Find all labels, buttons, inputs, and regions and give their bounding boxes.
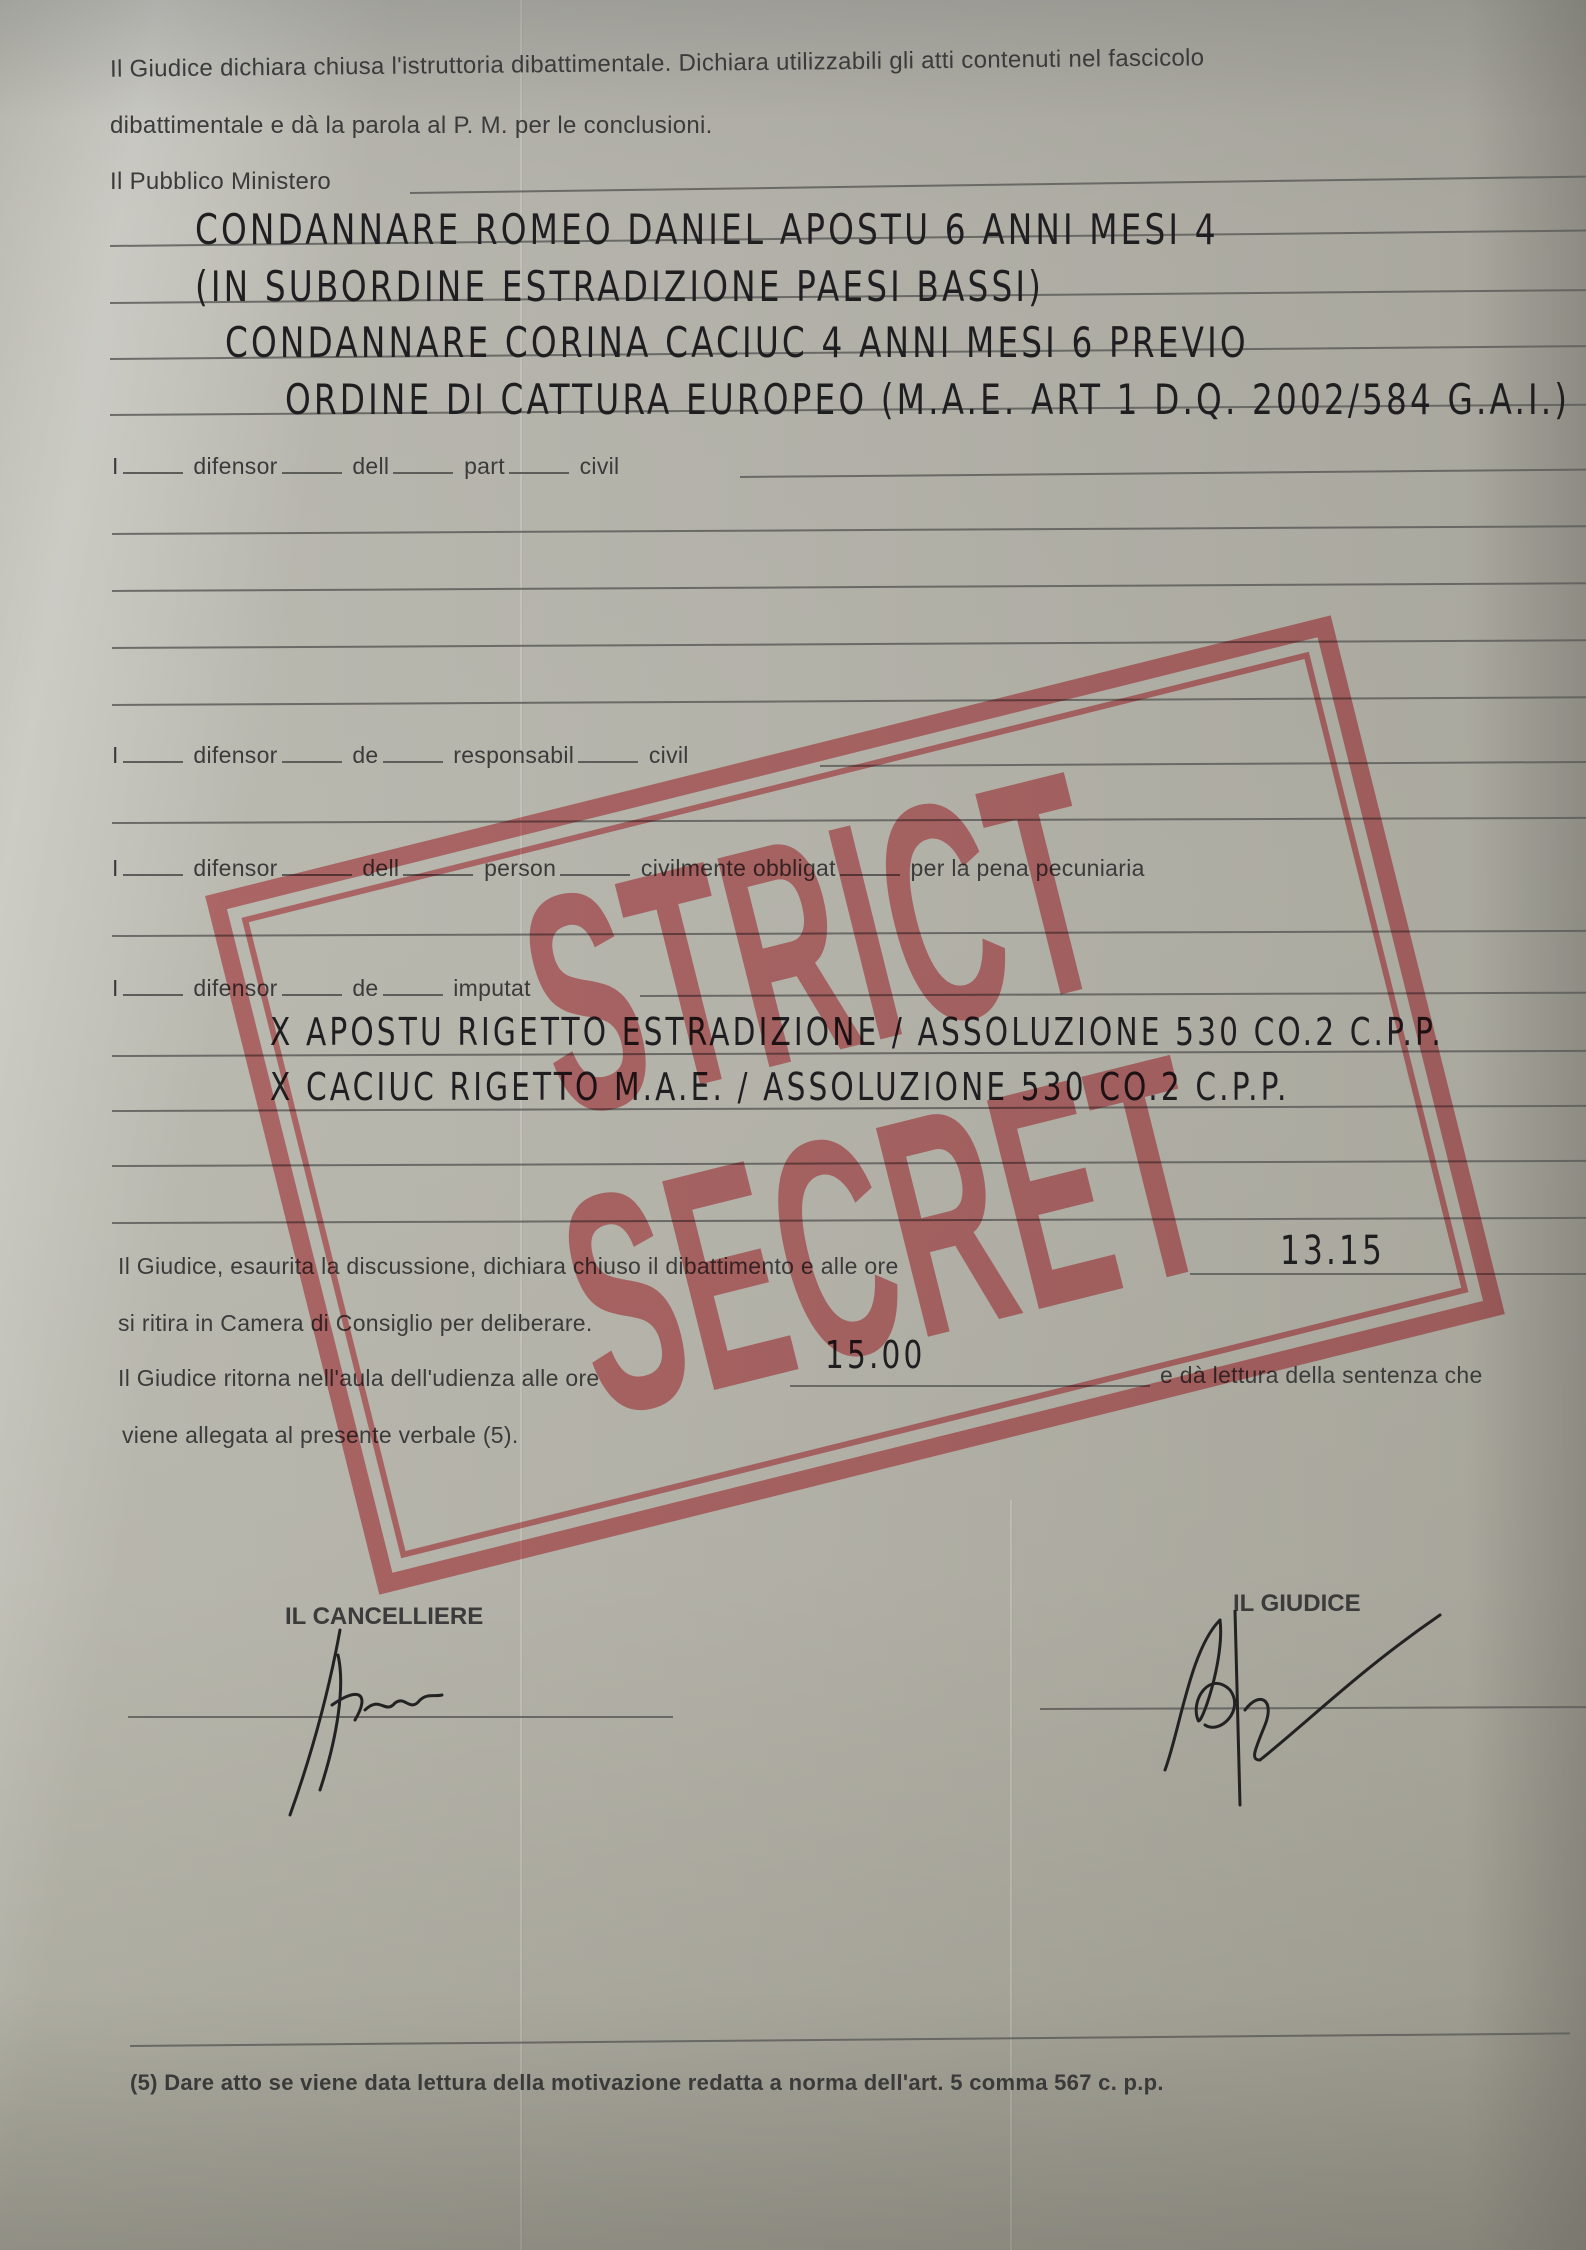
closing-line-2: si ritira in Camera di Consiglio per del… — [118, 1310, 593, 1337]
paper-crease — [1010, 1500, 1012, 2250]
cancelliere-signature — [270, 1625, 510, 1825]
time-return-rule — [790, 1385, 1150, 1387]
footnote: (5) Dare atto se viene data lettura dell… — [130, 2070, 1164, 2096]
imputato-handwritten-line-2: X CACIUC RIGETTO M.A.E. / ASSOLUZIONE 53… — [270, 1065, 1290, 1109]
difensore-parte-civile-row: I difensor dell part civil — [112, 453, 619, 480]
pm-handwritten-line-1: CONDANNARE ROMEO DANIEL APOSTU 6 ANNI ME… — [195, 205, 1219, 254]
closing-line-1: Il Giudice, esaurita la discussione, dic… — [118, 1253, 899, 1280]
time-closed: 13.15 — [1280, 1228, 1385, 1274]
pm-label: Il Pubblico Ministero — [110, 168, 331, 196]
time-closed-rule — [1190, 1273, 1586, 1275]
closing-line-4: viene allegata al presente verbale (5). — [122, 1422, 519, 1449]
intro-line-2: dibattimentale e dà la parola al P. M. p… — [110, 112, 713, 140]
imputato-handwritten-line-1: X APOSTU RIGETTO ESTRADIZIONE / ASSOLUZI… — [270, 1010, 1444, 1054]
difensore-responsabile-civile-row: I difensor de responsabil civil — [112, 742, 689, 769]
time-return: 15.00 — [825, 1333, 925, 1377]
difensore-imputato-row: I difensor de imputat — [112, 975, 531, 1002]
pm-handwritten-line-2: (IN SUBORDINE ESTRADIZIONE PAESI BASSI) — [195, 262, 1044, 311]
difensore-persona-obbligata-row: I difensor dell person civilmente obblig… — [112, 855, 1145, 882]
giudice-signature — [1150, 1610, 1470, 1820]
pm-handwritten-line-4: ORDINE DI CATTURA EUROPEO (M.A.E. ART 1 … — [285, 375, 1570, 424]
pm-handwritten-line-3: CONDANNARE CORINA CACIUC 4 ANNI MESI 6 P… — [225, 318, 1249, 367]
closing-line-3a: Il Giudice ritorna nell'aula dell'udienz… — [118, 1365, 600, 1392]
closing-line-3b: e dà lettura della sentenza che — [1160, 1362, 1483, 1389]
